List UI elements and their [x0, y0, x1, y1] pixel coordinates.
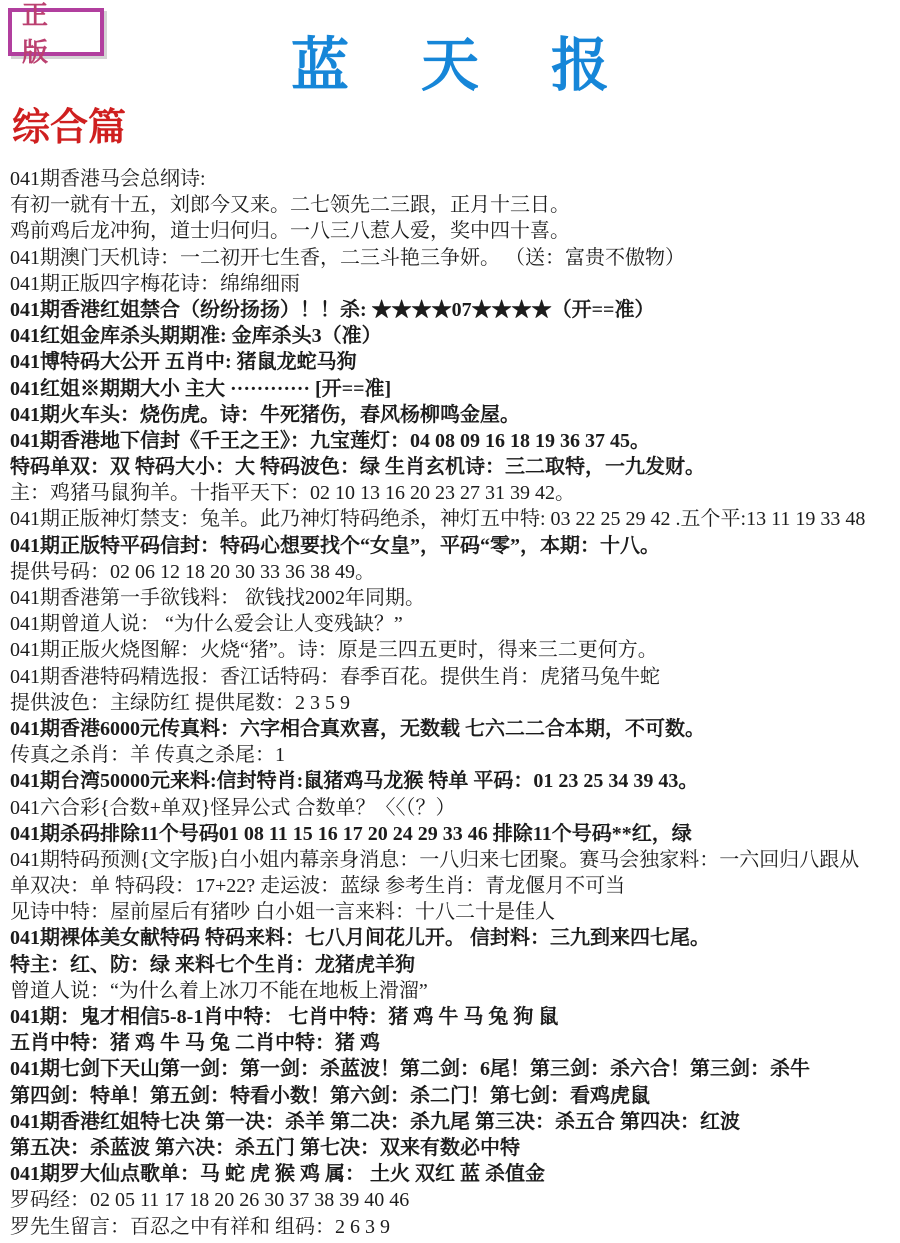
- text-line: 041期裸体美女献特码 特码来料：七八月间花儿开。 信封料：三九到来四七尾。: [10, 925, 896, 951]
- text-line: 041期台湾50000元来料:信封特肖:鼠猪鸡马龙猴 特单 平码：01 23 2…: [10, 768, 896, 794]
- text-line: 见诗中特：屋前屋后有猪吵 白小姐一言来料：十八二十是佳人: [10, 899, 896, 925]
- text-line: 鸡前鸡后龙冲狗，道士归何归。一八三八惹人爱，奖中四十喜。: [10, 218, 896, 244]
- text-line: 041期杀码排除11个号码01 08 11 15 16 17 20 24 29 …: [10, 821, 896, 847]
- text-line: 041期正版四字梅花诗：绵绵细雨: [10, 271, 896, 297]
- text-line: 传真之杀肖：羊 传真之杀尾：1: [10, 742, 896, 768]
- text-line: 第四剑：特单！第五剑：特看小数！第六剑：杀二门！第七剑：看鸡虎鼠: [10, 1083, 896, 1109]
- lottery-tip-sheet: 正版 蓝天报 综合篇 041期香港马会总纲诗:有初一就有十五，刘郎今又来。二七领…: [0, 0, 900, 1243]
- text-line: 主：鸡猪马鼠狗羊。十指平天下：02 10 13 16 20 23 27 31 3…: [10, 480, 896, 506]
- text-line: 041期火车头：烧伤虎。诗：牛死猪伤，春风杨柳鸣金屋。: [10, 402, 896, 428]
- text-line: 曾道人说：“为什么着上冰刀不能在地板上滑溜”: [10, 978, 896, 1004]
- text-line: 041期罗大仙点歌单：马 蛇 虎 猴 鸡 属： 土火 双红 蓝 杀值金: [10, 1161, 896, 1187]
- text-line: 单双决：单 特码段：17+22? 走运波：蓝绿 参考生肖：青龙偃月不可当: [10, 873, 896, 899]
- text-line: 041期香港特码精选报：香江话特码：春季百花。提供生肖：虎猪马兔牛蛇: [10, 664, 896, 690]
- text-line: 罗先生留言：百忍之中有祥和 组码：2 6 3 9: [10, 1214, 896, 1240]
- text-line: 041期香港6000元传真料：六字相合真欢喜，无数载 七六二二合本期，不可数。: [10, 716, 896, 742]
- text-line: 041红姐金库杀头期期准: 金库杀头3（准）: [10, 323, 896, 349]
- text-line: 041期特码预测{文字版}白小姐内幕亲身消息：一八归来七团聚。赛马会独家料：一六…: [10, 847, 896, 873]
- text-line: 041期香港红姐禁合（纷纷扬扬）！！杀: ★★★★07★★★★（开==准）: [10, 297, 896, 323]
- text-line: 041六合彩{合数+单双}怪异公式 合数单？〈〈（？）: [10, 795, 896, 821]
- text-line: 041博特码大公开 五肖中: 猪鼠龙蛇马狗: [10, 349, 896, 375]
- text-line: 特码单双：双 特码大小：大 特码波色：绿 生肖玄机诗：三二取特，一九发财。: [10, 454, 896, 480]
- text-line: 提供波色：主绿防红 提供尾数：2 3 5 9: [10, 690, 896, 716]
- text-line: 041期七剑下天山第一剑：第一剑：杀蓝波！第二剑：6尾！第三剑：杀六合！第三剑：…: [10, 1056, 896, 1082]
- text-line: 041期香港地下信封《千王之王》：九宝莲灯：04 08 09 16 18 19 …: [10, 428, 896, 454]
- text-line: 五肖中特：猪 鸡 牛 马 兔 二肖中特：猪 鸡: [10, 1030, 896, 1056]
- text-line: 041期正版神灯禁支：兔羊。此乃神灯特码绝杀，神灯五中特: 03 22 25 2…: [10, 506, 896, 532]
- text-line: 041期：鬼才相信5-8-1肖中特： 七肖中特：猪 鸡 牛 马 兔 狗 鼠: [10, 1004, 896, 1030]
- text-line: 041期正版火烧图解：火烧“猪”。诗：原是三四五更时，得来三二更何方。: [10, 637, 896, 663]
- text-line: 提供号码：02 06 12 18 20 30 33 36 38 49。: [10, 559, 896, 585]
- text-line: 041期香港红姐特七决 第一决：杀羊 第二决：杀九尾 第三决：杀五合 第四决：红…: [10, 1109, 896, 1135]
- text-line: 特主：红、防：绿 来料七个生肖：龙猪虎羊狗: [10, 952, 896, 978]
- text-line: 041期香港第一手欲钱料： 欲钱找2002年同期。: [10, 585, 896, 611]
- section-title: 综合篇: [12, 96, 126, 151]
- tips-text-block: 041期香港马会总纲诗:有初一就有十五，刘郎今又来。二七领先二三跟，正月十三日。…: [10, 166, 896, 1240]
- text-line: 041期澳门天机诗：一二初开七生香，二三斗艳三争妍。 （送：富贵不傲物）: [10, 245, 896, 271]
- text-line: 041红姐※期期大小 主大 ············ [开==准]: [10, 376, 896, 402]
- text-line: 第五决：杀蓝波 第六决：杀五门 第七决：双来有数必中特: [10, 1135, 896, 1161]
- text-line: 041期香港马会总纲诗:: [10, 166, 896, 192]
- page-title: 蓝天报: [0, 18, 900, 102]
- text-line: 041期正版特平码信封：特码心想要找个“女皇”，平码“零”，本期：十八。: [10, 533, 896, 559]
- text-line: 有初一就有十五，刘郎今又来。二七领先二三跟，正月十三日。: [10, 192, 896, 218]
- text-line: 041期曾道人说： “为什么爱会让人变残缺？”: [10, 611, 896, 637]
- text-line: 罗码经：02 05 11 17 18 20 26 30 37 38 39 40 …: [10, 1187, 896, 1213]
